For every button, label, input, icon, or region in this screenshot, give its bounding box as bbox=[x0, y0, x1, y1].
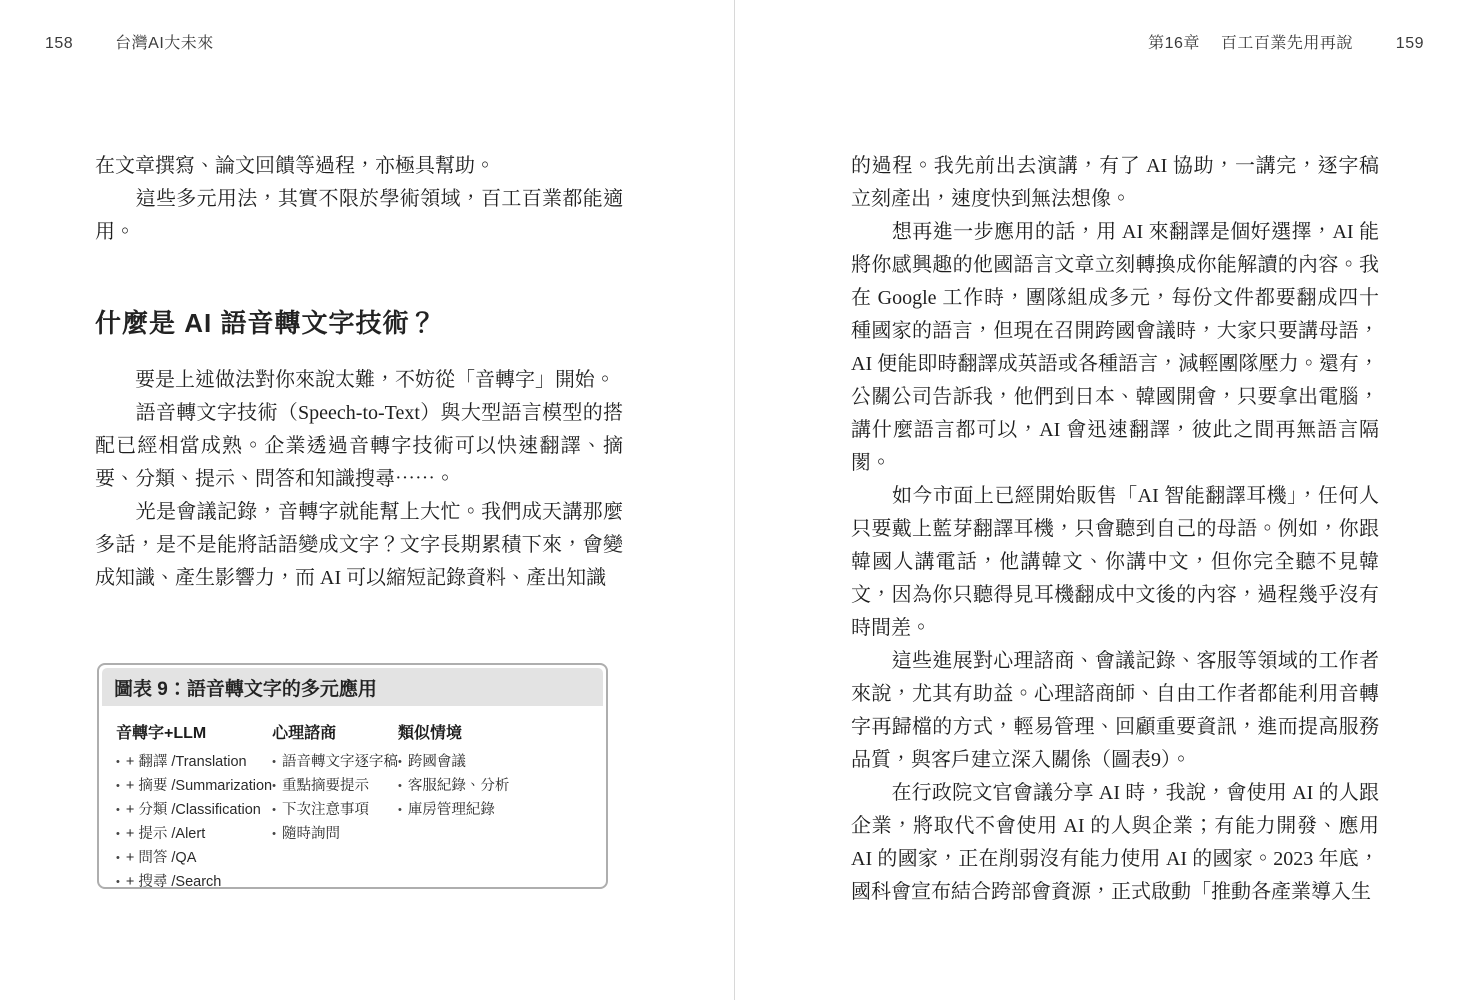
paragraph: 光是會議記錄，音轉字就能幫上大忙。我們成天講那麼多話，是不是能將話語變成文字？文… bbox=[95, 496, 623, 595]
paragraph: 想再進一步應用的話，用 AI 來翻譯是個好選擇，AI 能將你感興趣的他國語言文章… bbox=[851, 216, 1379, 480]
page-number-left: 158 bbox=[45, 35, 73, 52]
paragraph: 語音轉文字技術（Speech-to-Text）與大型語言模型的搭配已經相當成熟。… bbox=[95, 397, 623, 496]
figure-item: 客服紀錄、分析 bbox=[398, 774, 509, 798]
paragraphs-body: 要是上述做法對你來說太難，不妨從「音轉字」開始。 語音轉文字技術（Speech-… bbox=[95, 364, 623, 595]
running-head-left: 158 台灣AI大未來 bbox=[45, 30, 214, 53]
paragraph: 在行政院文官會議分享 AI 時，我說，會使用 AI 的人跟企業，將取代不會使用 … bbox=[851, 777, 1379, 909]
paragraph: 這些進展對心理諮商、會議記錄、客服等領域的工作者來說，尤其有助益。心理諮商師、自… bbox=[851, 645, 1379, 777]
paragraph: 這些多元用法，其實不限於學術領域，百工百業都能適用。 bbox=[95, 183, 623, 249]
figure-item-list: 語音轉文字逐字稿 重點摘要提示 下次注意事項 隨時詢問 bbox=[272, 750, 398, 846]
running-head-right: 第16章 百工百業先用再說 159 bbox=[1148, 30, 1424, 53]
figure-item: 重點摘要提示 bbox=[272, 774, 398, 798]
text-column-right: 的過程。我先前出去演講，有了 AI 協助，一講完，逐字稿立刻產出，速度快到無法想… bbox=[851, 150, 1379, 909]
paragraph: 要是上述做法對你來說太難，不妨從「音轉字」開始。 bbox=[95, 364, 623, 397]
figure-item: 跨國會議 bbox=[398, 750, 509, 774]
figure-box: 圖表 9：語音轉文字的多元應用 音轉字+LLM + 翻譯 /Translatio… bbox=[97, 663, 608, 889]
figure-item: + 摘要 /Summarization bbox=[116, 774, 272, 798]
text-column-left: 在文章撰寫、論文回饋等過程，亦極具幫助。 這些多元用法，其實不限於學術領域，百工… bbox=[95, 150, 623, 595]
figure-columns: 音轉字+LLM + 翻譯 /Translation + 摘要 /Summariz… bbox=[102, 706, 603, 894]
figure-column: 音轉字+LLM + 翻譯 /Translation + 摘要 /Summariz… bbox=[116, 720, 272, 894]
figure-item-list: 跨國會議 客服紀錄、分析 庫房管理紀錄 bbox=[398, 750, 509, 822]
section-heading: 什麼是 AI 語音轉文字技術？ bbox=[95, 303, 623, 343]
figure-item: 庫房管理紀錄 bbox=[398, 798, 509, 822]
figure-title: 圖表 9：語音轉文字的多元應用 bbox=[102, 668, 603, 706]
figure-column-header: 類似情境 bbox=[398, 720, 509, 743]
figure-item-list: + 翻譯 /Translation + 摘要 /Summarization + … bbox=[116, 750, 272, 894]
paragraphs-top: 在文章撰寫、論文回饋等過程，亦極具幫助。 這些多元用法，其實不限於學術領域，百工… bbox=[95, 150, 623, 249]
figure-column-header: 音轉字+LLM bbox=[116, 720, 272, 743]
page-gutter-divider bbox=[734, 0, 735, 1000]
book-spread: 158 台灣AI大未來 在文章撰寫、論文回饋等過程，亦極具幫助。 這些多元用法，… bbox=[0, 0, 1464, 1000]
figure-item: 隨時詢問 bbox=[272, 822, 398, 846]
figure-item: + 提示 /Alert bbox=[116, 822, 272, 846]
figure-item: 下次注意事項 bbox=[272, 798, 398, 822]
chapter-title: 百工百業先用再說 bbox=[1221, 35, 1353, 52]
figure-item: + 問答 /QA bbox=[116, 846, 272, 870]
paragraph: 如今市面上已經開始販售「AI 智能翻譯耳機」，任何人只要戴上藍芽翻譯耳機，只會聽… bbox=[851, 480, 1379, 645]
book-title: 台灣AI大未來 bbox=[115, 35, 214, 52]
paragraph: 的過程。我先前出去演講，有了 AI 協助，一講完，逐字稿立刻產出，速度快到無法想… bbox=[851, 150, 1379, 216]
figure-column: 心理諮商 語音轉文字逐字稿 重點摘要提示 下次注意事項 隨時詢問 bbox=[272, 720, 398, 894]
figure-item: 語音轉文字逐字稿 bbox=[272, 750, 398, 774]
figure-item: + 搜尋 /Search bbox=[116, 870, 272, 894]
figure-column-header: 心理諮商 bbox=[272, 720, 398, 743]
paragraph: 在文章撰寫、論文回饋等過程，亦極具幫助。 bbox=[95, 150, 623, 183]
page-number-right: 159 bbox=[1396, 35, 1424, 52]
chapter-label: 第16章 bbox=[1148, 35, 1200, 52]
figure-item: + 分類 /Classification bbox=[116, 798, 272, 822]
figure-column: 類似情境 跨國會議 客服紀錄、分析 庫房管理紀錄 bbox=[398, 720, 509, 894]
figure-item: + 翻譯 /Translation bbox=[116, 750, 272, 774]
